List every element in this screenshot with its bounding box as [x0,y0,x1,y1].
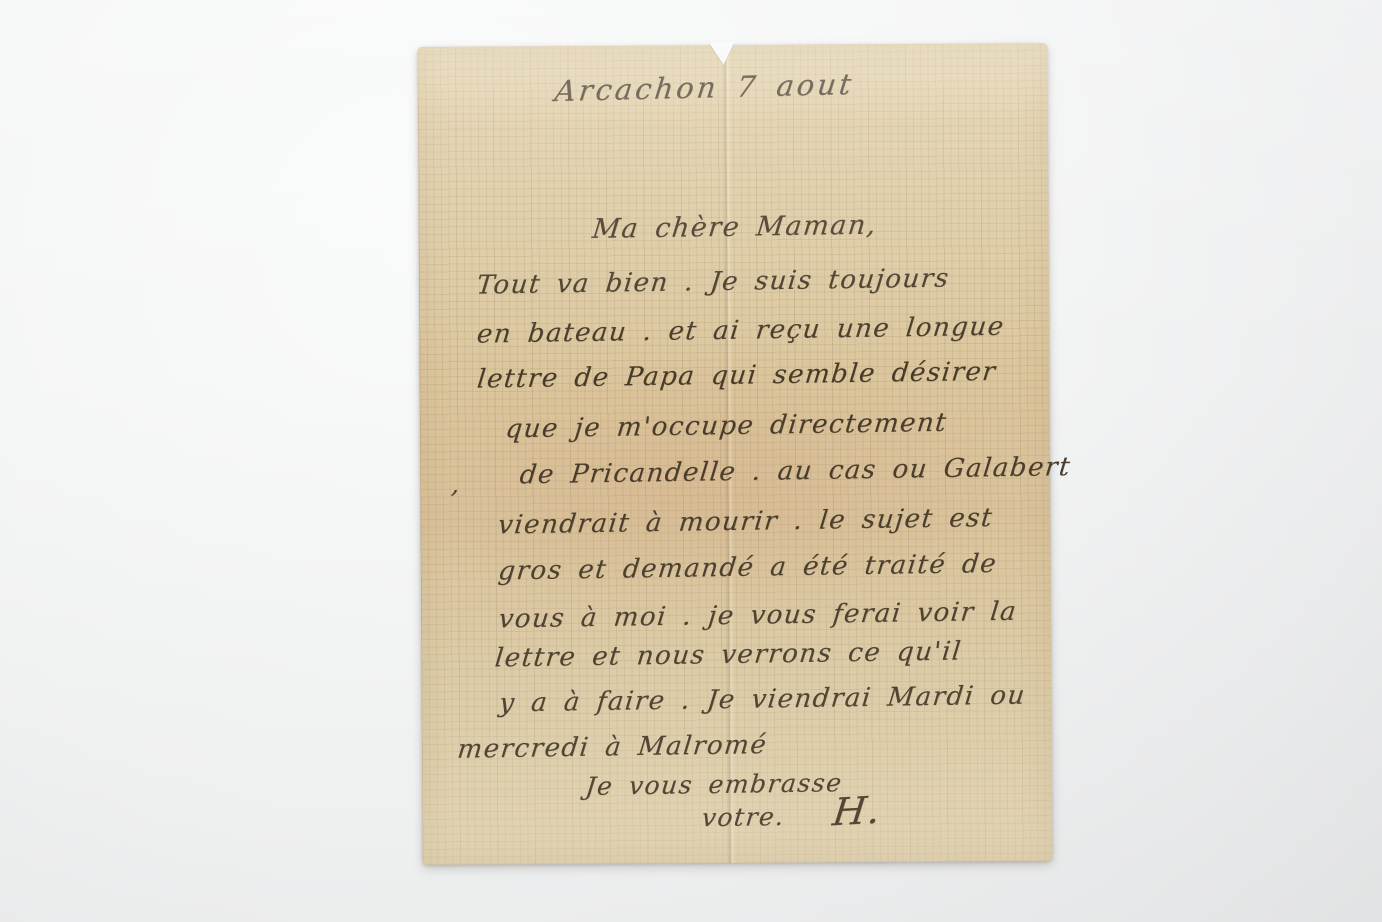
handwritten-line: vous à moi . je vous ferai voir la [497,597,1019,635]
signature-initial: H. [830,788,884,835]
handwritten-line: lettre de Papa qui semble désirer [476,357,998,395]
handwritten-line: que je m'occupe directement [504,408,949,445]
letter-salutation: Ma chère Maman, [591,210,879,245]
letter-dateline: Arcachon 7 aout [553,67,856,108]
tear-notch [708,42,734,65]
handwritten-line: lettre et nous verrons ce qu'il [493,637,963,674]
handwritten-line: y a à faire . Je viendrai Mardi ou [498,681,1028,719]
handwritten-line: viendrait à mourir . le sujet est [497,503,995,540]
handwritten-line: mercredi à Malromé [456,730,769,765]
handwritten-line: en bateau . et ai reçu une longue [475,312,1006,350]
photo-background: Arcachon 7 aout Ma chère Maman, Tout va … [0,0,1382,922]
letter-paper: Arcachon 7 aout Ma chère Maman, Tout va … [418,43,1053,865]
margin-ink-mark: , [450,471,462,499]
letter-valediction: votre. [700,802,786,832]
handwritten-line: Tout va bien . Je suis toujours [475,264,951,301]
letter-closing: Je vous embrasse [584,768,844,801]
handwritten-line: de Pricandelle . au cas ou Galabert [518,452,1072,490]
handwritten-line: gros et demandé a été traité de [497,549,999,586]
